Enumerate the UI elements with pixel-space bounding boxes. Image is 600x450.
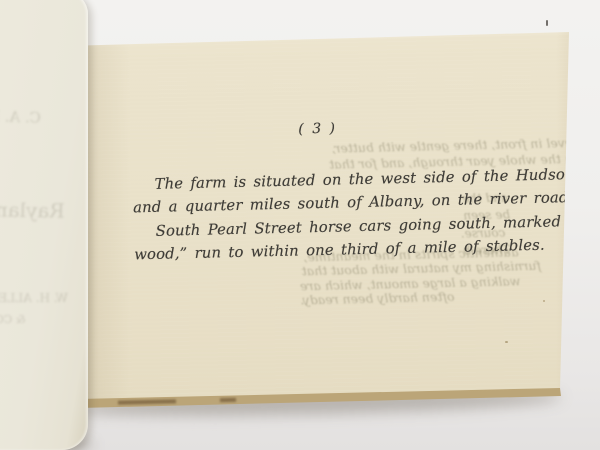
cover-showthrough-line: Rayland: [0, 199, 65, 220]
body-line: South Pearl Street horse cars going sout…: [156, 214, 600, 240]
photo-backdrop: This land is level in front, there gentl…: [0, 0, 600, 450]
edge-stain: [220, 398, 236, 402]
body-line: The farm is situated on the west side of…: [154, 167, 600, 193]
backdrop-speck: [546, 20, 548, 26]
book-page: This land is level in front, there gentl…: [0, 0, 600, 450]
book-cover-turned: C. A. L Rayland W. H. ALLEN & CO.: [0, 0, 88, 450]
cover-showthrough-line: C. A. L: [0, 109, 41, 126]
paper-speck: [168, 40, 177, 42]
paper-speck: [543, 300, 545, 302]
page-number: ( 3 ): [298, 121, 337, 138]
paper-speck: [505, 341, 508, 343]
body-line: wood,” run to within one third of a mile…: [134, 239, 545, 263]
cover-showthrough-line: W. H. ALLEN: [0, 292, 68, 304]
body-line: and a quarter miles south of Albany, on …: [133, 191, 574, 216]
printed-text-block: ( 3 ) The farm is situated on the west s…: [0, 0, 600, 450]
cover-showthrough-line: & CO.: [0, 314, 26, 325]
